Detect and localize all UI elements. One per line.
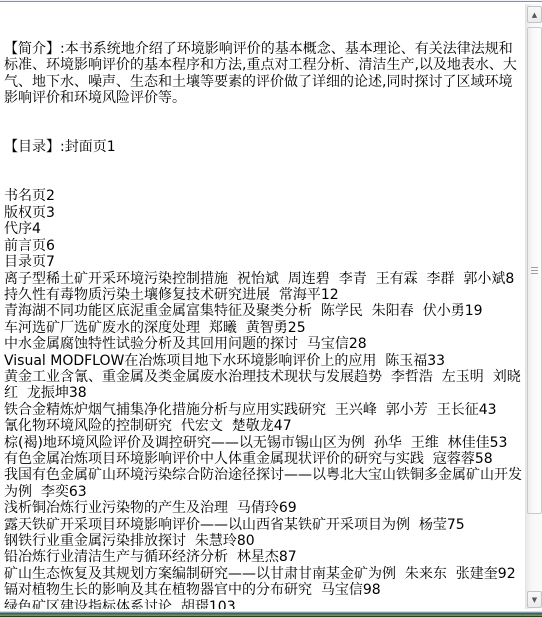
thumb-grip-icon (531, 267, 538, 275)
toc-label: 【目录】: (4, 139, 65, 155)
toc-entry: 持久性有毒物质污染土壤修复技术研究进展 常海平12 (4, 287, 524, 303)
toc-entry: 绿色矿区建设指标体系讨论 胡璟103 (4, 599, 524, 609)
arrow-up-icon: ▲ (532, 11, 537, 19)
window-bottom-edge (0, 609, 542, 617)
toc-entry: 镉对植物生长的影响及其在植物器官中的分布研究 马宝信98 (4, 582, 524, 598)
toc-entry: 黄金工业含氰、重金属及类金属废水治理技术现状与发展趋势 李哲浩 左玉明 刘晓红 … (4, 369, 524, 402)
toc-entry: 钢铁行业重金属污染排放探讨 朱慧玲80 (4, 533, 524, 549)
toc-entry: 版权页3 (4, 205, 524, 221)
toc-entry: 青海湖不同功能区底泥重金属富集特征及聚类分析 陈学民 朱阳春 伏小勇19 (4, 303, 524, 319)
toc-entry: 书名页2 (4, 188, 524, 204)
toc-heading: 【目录】:封面页1 (4, 139, 524, 155)
text-content-pane: 【简介】:本书系统地介绍了环境影响评价的基本概念、基本理论、有关法律法规和标准、… (0, 3, 524, 609)
toc-entry: 矿山生态恢复及其规划方案编制研究——以甘肃甘南某金矿为例 朱来东 张建奎92 (4, 566, 524, 582)
intro-label: 【简介】: (4, 41, 65, 57)
scroll-down-button[interactable]: ▼ (527, 591, 542, 608)
toc-entry: Visual MODFLOW在冶炼项目地下水环境影响评价上的应用 陈玉福33 (4, 353, 524, 369)
toc-entry: 浅析铜冶炼行业污染物的产生及治理 马倩玲69 (4, 500, 524, 516)
scrollbar-track[interactable] (526, 23, 542, 591)
toc-entry: 棕(褐)地环境风险评价及调控研究——以无锡市锡山区为例 孙华 王维 林佳佳53 (4, 435, 524, 451)
toc-list: 书名页2版权页3代序4前言页6目录页7离子型稀土矿开采环境污染控制措施 祝怡斌 … (4, 188, 524, 609)
toc-entry: 氰化物环境风险的控制研究 代宏文 楚敬龙47 (4, 418, 524, 434)
intro-paragraph: 【简介】:本书系统地介绍了环境影响评价的基本概念、基本理论、有关法律法规和标准、… (4, 41, 524, 107)
toc-entry: 有色金属冶炼项目环境影响评价中人体重金属现状评价的研究与实践 寇蓉蓉58 (4, 451, 524, 467)
vertical-scrollbar[interactable]: ▲ ▼ (525, 4, 542, 610)
toc-entry: 离子型稀土矿开采环境污染控制措施 祝怡斌 周连碧 李青 王有霖 李群 郭小斌8 (4, 271, 524, 287)
scroll-up-button[interactable]: ▲ (527, 6, 542, 23)
toc-entry: 代序4 (4, 221, 524, 237)
toc-first-entry: 封面页1 (65, 139, 116, 155)
toc-entry: 中水金属腐蚀特性试验分析及其回用问题的探讨 马宝信28 (4, 336, 524, 352)
scrollbar-thumb[interactable] (527, 27, 542, 514)
toc-entry: 前言页6 (4, 238, 524, 254)
toc-entry: 我国有色金属矿山环境污染综合防治途径探讨——以粤北大宝山铁铜多金属矿山开发为例 … (4, 467, 524, 500)
intro-text: 本书系统地介绍了环境影响评价的基本概念、基本理论、有关法律法规和标准、环境影响评… (4, 41, 517, 106)
toc-entry: 铁合金精炼炉烟气捕集净化措施分析与应用实践研究 王兴峰 郭小芳 王长征43 (4, 402, 524, 418)
toc-entry: 目录页7 (4, 254, 524, 270)
arrow-down-icon: ▼ (532, 596, 537, 604)
toc-entry: 铅冶炼行业清洁生产与循环经济分析 林星杰87 (4, 549, 524, 565)
toc-entry: 露天铁矿开采项目环境影响评价——以山西省某铁矿开采项目为例 杨莹75 (4, 517, 524, 533)
toc-entry: 车河选矿厂选矿废水的深度处理 郑曦 黄智勇25 (4, 320, 524, 336)
